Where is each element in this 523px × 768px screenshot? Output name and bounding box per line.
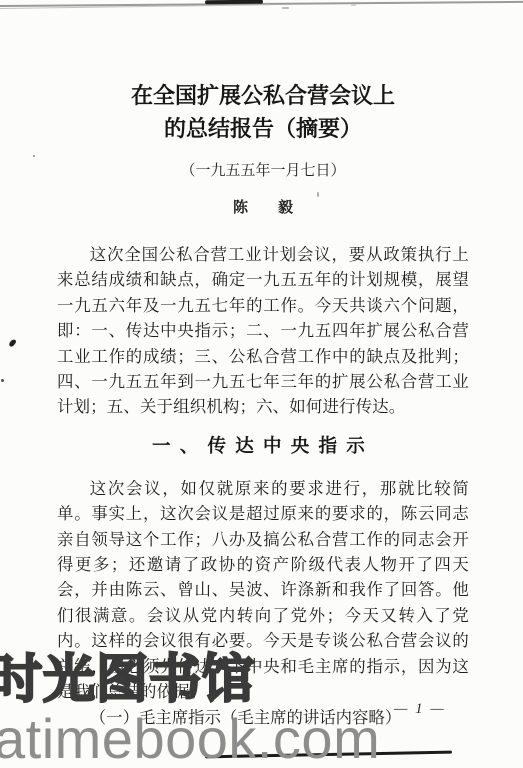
text-column: 在全国扩展公私合营会议上 的总结报告（摘要） （一九五五年一月七日） 陈 毅 这… <box>57 0 469 730</box>
intro-paragraph: 这次全国公私合营工业计划会议，要从政策执行上来总结成绩和缺点，确定一九五五年的计… <box>57 242 469 420</box>
website-watermark-text: atimebook.com <box>0 706 380 768</box>
ink-speck <box>33 155 35 157</box>
document-title-line-2: 的总结报告（摘要） <box>57 113 469 146</box>
ink-speck <box>1 379 4 382</box>
document-author: 陈 毅 <box>57 198 469 218</box>
library-watermark-text: 时光图书馆 <box>0 652 255 708</box>
document-title-line-1: 在全国扩展公私合营会议上 <box>57 80 469 113</box>
document-date: （一九五五年一月七日） <box>57 161 469 181</box>
page-number: — 1 — <box>394 701 446 718</box>
scanned-document-page: 在全国扩展公私合营会议上 的总结报告（摘要） （一九五五年一月七日） 陈 毅 这… <box>0 0 523 768</box>
ink-speck <box>8 338 17 347</box>
section-1-heading: 一、传达中央指示 <box>57 434 469 460</box>
